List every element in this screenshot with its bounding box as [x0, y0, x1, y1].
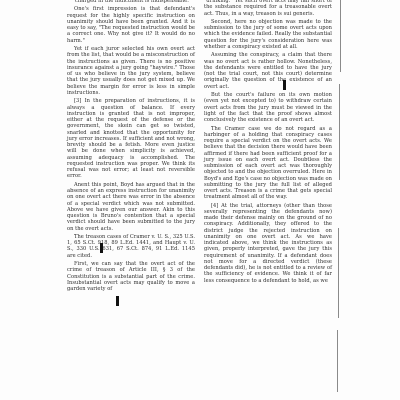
- margin-rule: [339, 84, 340, 180]
- paragraph: Anent this point, Boyd has argued that i…: [67, 182, 195, 232]
- left-column: charged in the indictment is indispensab…: [67, 0, 195, 295]
- block-quote: charged in the indictment is indispensab…: [67, 0, 195, 4]
- paragraph: But the court's failure on its own motio…: [204, 92, 332, 123]
- paragraph: [4] At the trial, attorneys (other than …: [204, 203, 332, 284]
- paragraph: The treason cases of Cramer v. U. S., 32…: [67, 234, 195, 259]
- margin-rule: [337, 330, 338, 392]
- scan-mark: [116, 296, 119, 306]
- scan-mark: [100, 243, 103, 253]
- right-column: "drinking." Yet such overt acts may fall…: [204, 0, 332, 286]
- paragraph: One's first impression is that defendant…: [67, 6, 195, 44]
- paragraph: The Cramer case we do not regard as a ha…: [204, 126, 332, 201]
- paragraph: [3] In the preparation of instructions, …: [67, 98, 195, 179]
- paragraph: Yet if each juror selected his own overt…: [67, 46, 195, 96]
- margin-rule: [340, 0, 341, 72]
- paragraph: Second, here no objection was made to th…: [204, 19, 332, 50]
- paragraph: Assuming the conspiracy, a claim that th…: [204, 52, 332, 90]
- margin-rule: [338, 228, 339, 318]
- paragraph-continued: "drinking." Yet such overt acts may fall…: [204, 0, 332, 17]
- paragraph: First, we can say that the overt act of …: [67, 261, 195, 292]
- scan-mark: [283, 80, 286, 90]
- scanned-page: charged in the indictment is indispensab…: [0, 0, 400, 400]
